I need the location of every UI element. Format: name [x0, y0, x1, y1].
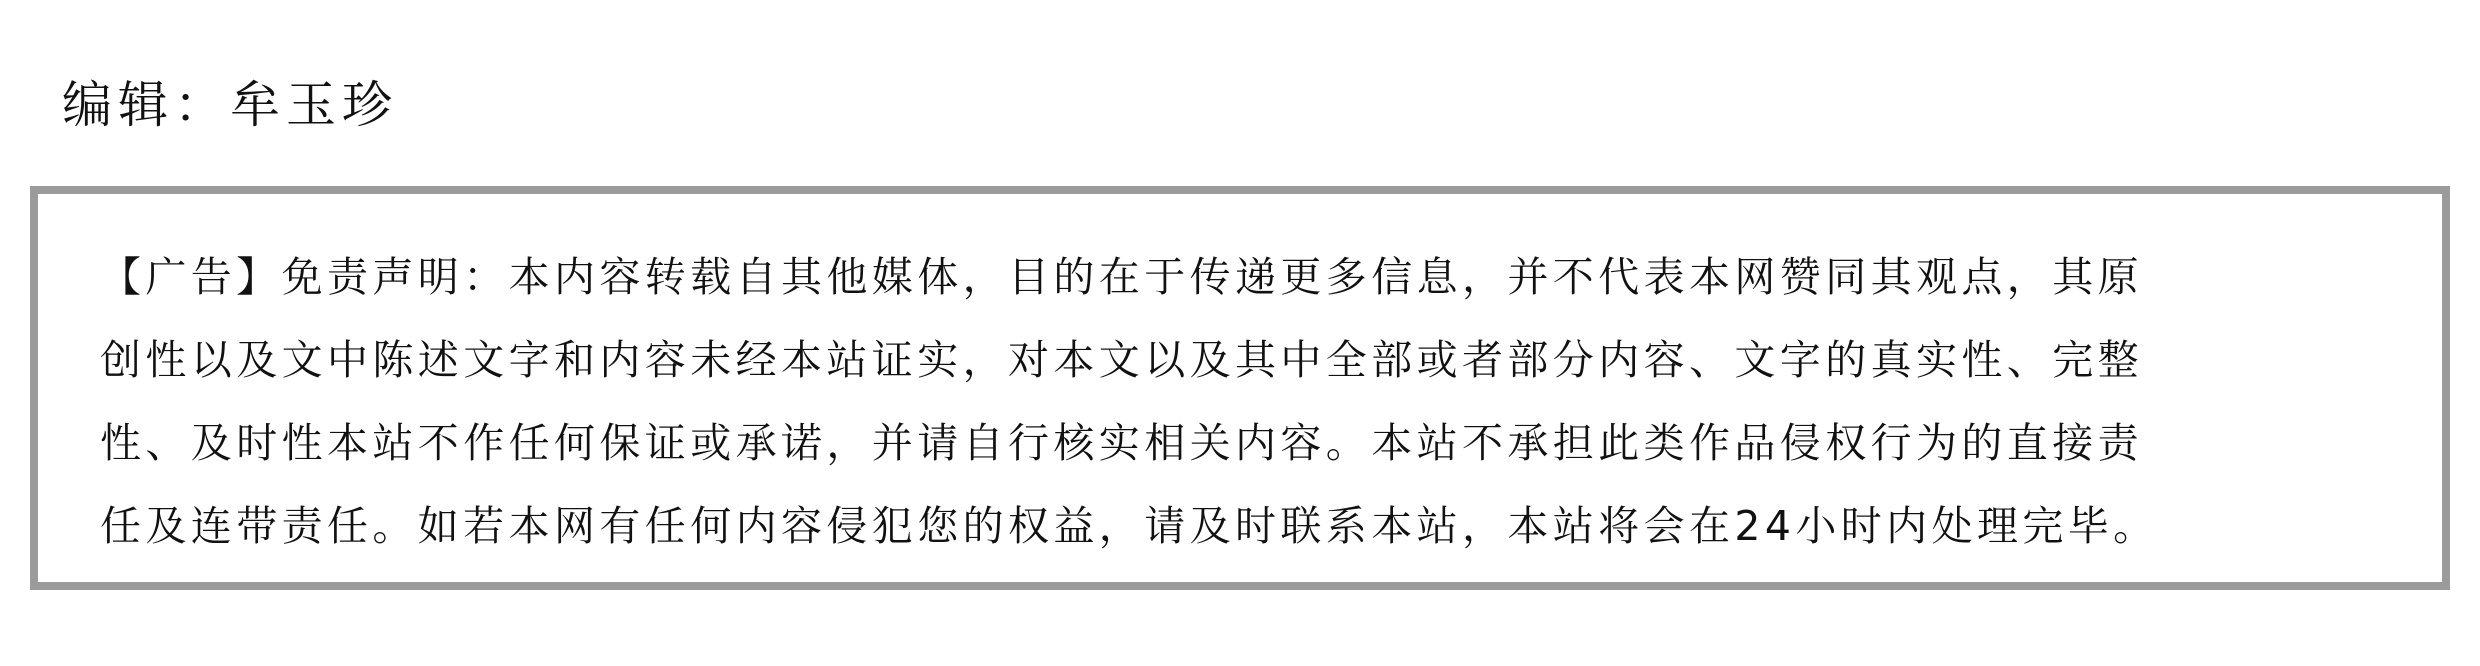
- disclaimer-line-2: 创性以及文中陈述文字和内容未经本站证实，对本文以及其中全部或者部分内容、文字的真…: [100, 319, 2420, 402]
- disclaimer-box: 【广告】免责声明：本内容转载自其他媒体，目的在于传递更多信息，并不代表本网赞同其…: [30, 186, 2450, 590]
- editor-credit: 编辑：牟玉珍: [62, 70, 398, 140]
- editor-label: 编辑：: [62, 76, 230, 134]
- disclaimer-line-4: 任及连带责任。如若本网有任何内容侵犯您的权益，请及时联系本站，本站将会在24小时…: [100, 485, 2420, 568]
- disclaimer-line-1: 【广告】免责声明：本内容转载自其他媒体，目的在于传递更多信息，并不代表本网赞同其…: [100, 236, 2420, 319]
- editor-name: 牟玉珍: [230, 76, 398, 134]
- disclaimer-text: 【广告】免责声明：本内容转载自其他媒体，目的在于传递更多信息，并不代表本网赞同其…: [100, 236, 2420, 568]
- disclaimer-line-3: 性、及时性本站不作任何保证或承诺，并请自行核实相关内容。本站不承担此类作品侵权行…: [100, 402, 2420, 485]
